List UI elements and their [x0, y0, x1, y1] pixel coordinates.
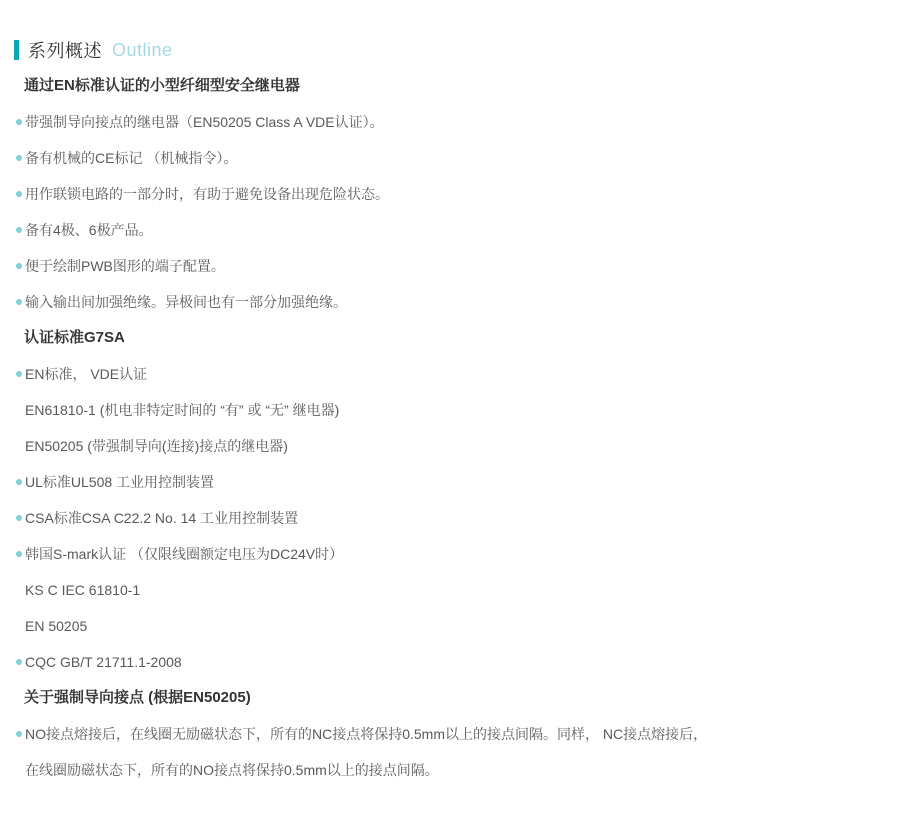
section-heading-certification: 认证标准G7SA — [0, 320, 900, 356]
certification-item-text: 韩国S-mark认证 （仅限线圈额定电压为DC24V时） — [25, 546, 343, 562]
certification-item: CQC GB/T 21711.1-2008 — [0, 644, 900, 680]
section-heading-forced-guided-contacts: 关于强制导向接点 (根据EN50205) — [0, 680, 900, 716]
page-title: 系列概述 Outline — [0, 32, 900, 68]
bullet-icon — [16, 263, 22, 269]
feature-item-text: 输入输出间加强绝缘。异极间也有一部分加强绝缘。 — [25, 294, 347, 310]
bullet-icon — [16, 191, 22, 197]
bullet-icon — [16, 479, 22, 485]
bullet-icon — [16, 227, 22, 233]
certification-item: UL标准UL508 工业用控制装置 — [0, 464, 900, 500]
certification-item-text: EN 50205 — [25, 618, 87, 634]
certification-item-text: CSA标准CSA C22.2 No. 14 工业用控制装置 — [25, 510, 298, 526]
page-title-zh: 系列概述 — [28, 37, 102, 63]
certification-item: CSA标准CSA C22.2 No. 14 工业用控制装置 — [0, 500, 900, 536]
feature-item-text: 备有机械的CE标记 （机械指令）。 — [25, 150, 237, 166]
bullet-icon — [16, 515, 22, 521]
feature-item: 便于绘制PWB图形的端子配置。 — [0, 248, 900, 284]
bullet-icon — [16, 119, 22, 125]
title-accent-bar — [14, 40, 19, 60]
bullet-icon — [16, 731, 22, 737]
feature-item: 备有4极、6极产品。 — [0, 212, 900, 248]
certification-item-text: EN50205 (带强制导向(连接)接点的继电器) — [25, 438, 288, 454]
feature-item: 用作联锁电路的一部分时，有助于避免设备出现危险状态。 — [0, 176, 900, 212]
feature-item-text: 用作联锁电路的一部分时，有助于避免设备出现危险状态。 — [25, 186, 389, 202]
feature-item: 带强制导向接点的继电器（EN50205 Class A VDE认证）。 — [0, 104, 900, 140]
bullet-icon — [16, 155, 22, 161]
certification-item-text: EN标准， VDE认证 — [25, 366, 147, 382]
certification-item: EN标准， VDE认证 — [0, 356, 900, 392]
bullet-icon — [16, 659, 22, 665]
bullet-icon — [16, 371, 22, 377]
feature-item: 备有机械的CE标记 （机械指令）。 — [0, 140, 900, 176]
section-heading-features: 通过EN标准认证的小型纤细型安全继电器 — [0, 68, 900, 104]
certification-item-text: CQC GB/T 21711.1-2008 — [25, 654, 182, 670]
certification-subitem: EN 50205 — [0, 608, 900, 644]
feature-item: 输入输出间加强绝缘。异极间也有一部分加强绝缘。 — [0, 284, 900, 320]
certification-subitem: EN50205 (带强制导向(连接)接点的继电器) — [0, 428, 900, 464]
note-item-line1: NO接点熔接后，在线圈无励磁状态下，所有的NC接点将保持0.5mm以上的接点间隔… — [25, 716, 730, 752]
bullet-icon — [16, 299, 22, 305]
feature-item-text: 便于绘制PWB图形的端子配置。 — [25, 258, 225, 274]
certification-item-text: KS C IEC 61810-1 — [25, 582, 140, 598]
certification-subitem: EN61810-1 (机电非特定时间的 “有” 或 “无” 继电器) — [0, 392, 900, 428]
certification-subitem: KS C IEC 61810-1 — [0, 572, 900, 608]
note-item-line2: 在线圈励磁状态下，所有的NO接点将保持0.5mm以上的接点间隔。 — [25, 752, 730, 788]
feature-item-text: 带强制导向接点的继电器（EN50205 Class A VDE认证）。 — [25, 114, 384, 130]
series-outline-page: 系列概述 Outline 通过EN标准认证的小型纤细型安全继电器 带强制导向接点… — [0, 0, 900, 817]
bullet-icon — [16, 551, 22, 557]
note-item: NO接点熔接后，在线圈无励磁状态下，所有的NC接点将保持0.5mm以上的接点间隔… — [0, 716, 900, 788]
page-title-en: Outline — [112, 40, 173, 61]
certification-item-text: EN61810-1 (机电非特定时间的 “有” 或 “无” 继电器) — [25, 402, 339, 418]
certification-item: 韩国S-mark认证 （仅限线圈额定电压为DC24V时） — [0, 536, 900, 572]
feature-item-text: 备有4极、6极产品。 — [25, 222, 153, 238]
certification-item-text: UL标准UL508 工业用控制装置 — [25, 474, 214, 490]
